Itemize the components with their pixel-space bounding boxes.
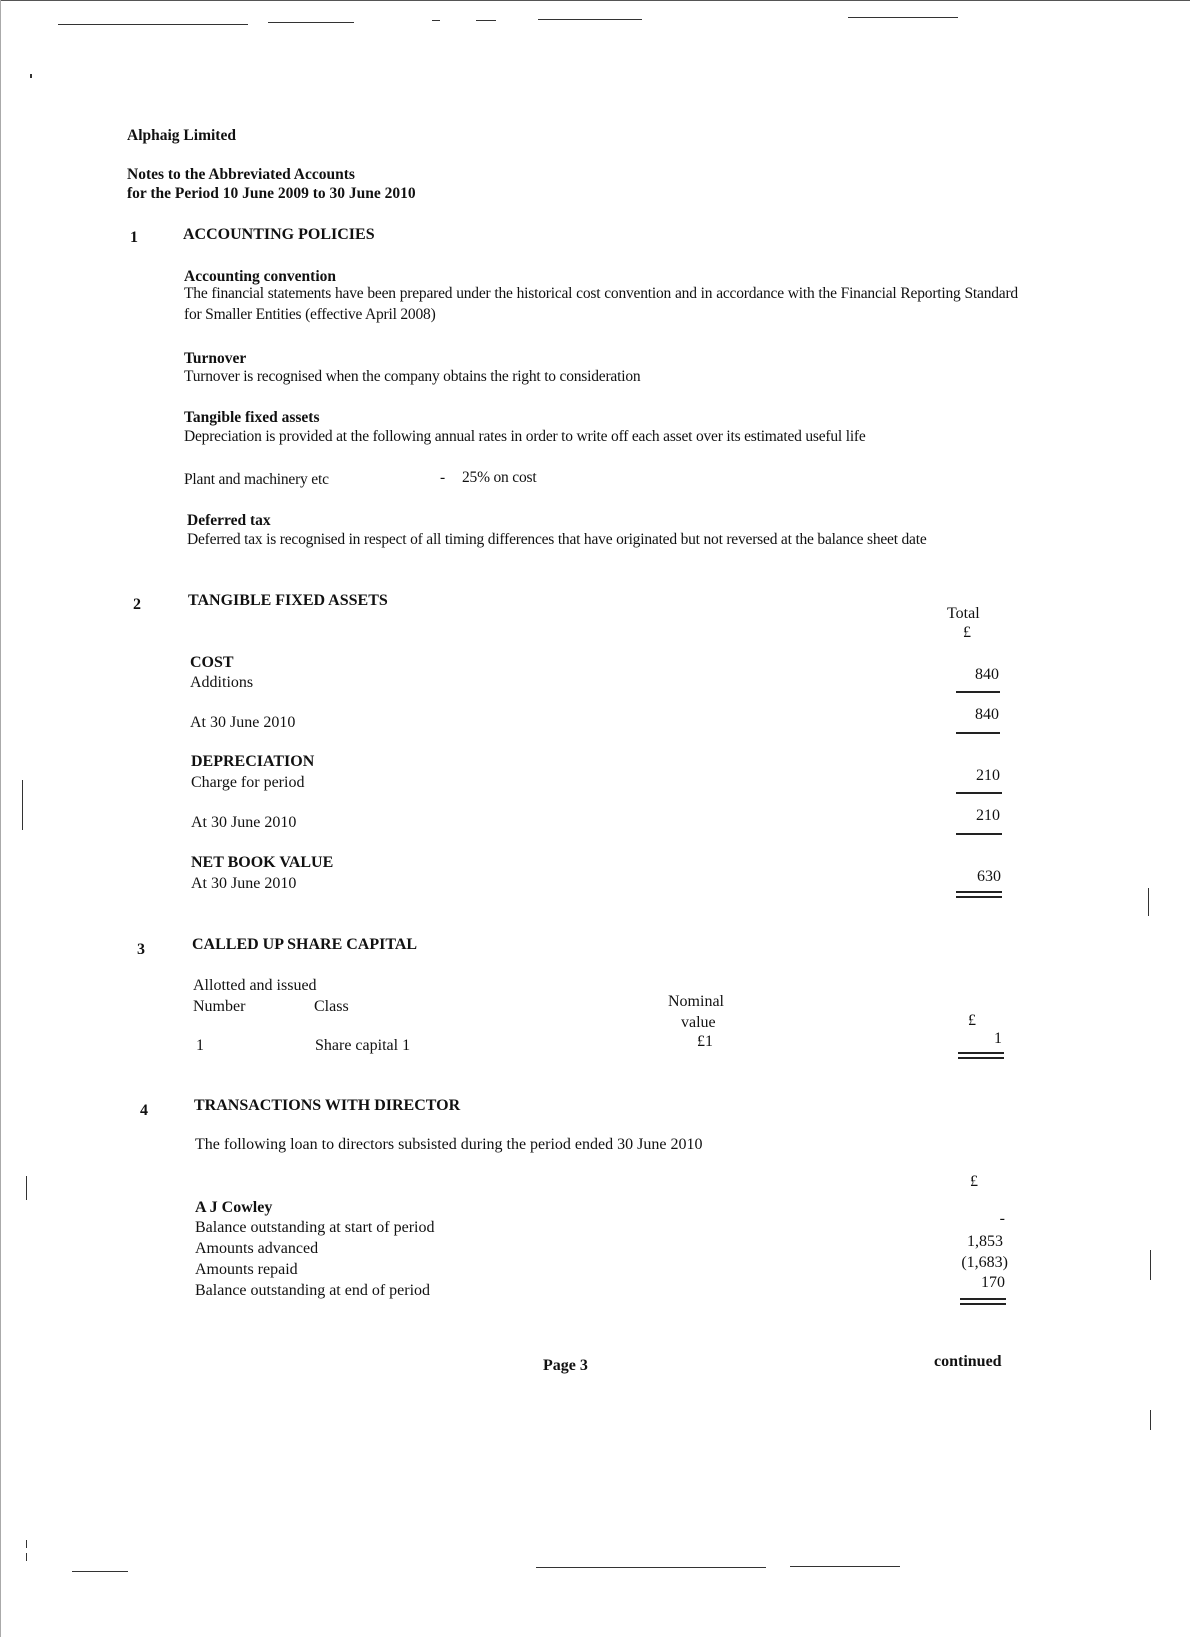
additions-label: Additions: [190, 674, 253, 692]
scan-artifact: [790, 1566, 900, 1567]
section-1-number: 1: [130, 229, 138, 247]
loan-row-value: 1,853: [913, 1233, 1003, 1251]
loan-intro-text: The following loan to directors subsiste…: [195, 1136, 702, 1154]
deferred-tax-heading: Deferred tax: [187, 512, 271, 530]
depreciation-rate-value: 25% on cost: [462, 467, 536, 488]
net-book-value-at-label: At 30 June 2010: [191, 875, 296, 893]
scan-artifact: [536, 1567, 766, 1568]
page-number: Page 3: [543, 1357, 588, 1375]
scan-artifact: [848, 17, 958, 18]
section-4-title: TRANSACTIONS WITH DIRECTOR: [194, 1097, 460, 1115]
scan-artifact: [1150, 1250, 1151, 1280]
loan-row-label: Balance outstanding at start of period: [195, 1219, 434, 1237]
scan-artifact: [1150, 1410, 1151, 1430]
share-number: 1: [196, 1037, 204, 1055]
amount-column-currency: £: [968, 1012, 976, 1030]
share-class: Share capital 1: [315, 1037, 410, 1055]
depreciation-heading: DEPRECIATION: [191, 753, 314, 771]
company-name: Alphaig Limited: [127, 127, 236, 145]
scan-artifact: [26, 1553, 27, 1561]
nominal-column-header-2: value: [681, 1014, 716, 1032]
document-title: Notes to the Abbreviated Accounts: [127, 166, 355, 184]
share-nominal-value: £1: [697, 1033, 713, 1051]
scan-artifact: [26, 1540, 27, 1548]
scan-artifact: [26, 1176, 27, 1200]
continued-label: continued: [934, 1353, 1002, 1371]
scan-artifact: [0, 0, 1190, 1]
section-4-number: 4: [140, 1102, 148, 1120]
charge-label: Charge for period: [191, 774, 304, 792]
number-column-header: Number: [193, 998, 245, 1016]
loan-row-label: Amounts advanced: [195, 1240, 318, 1258]
allotted-issued-heading: Allotted and issued: [193, 977, 317, 995]
loan-row-value: 170: [915, 1274, 1005, 1292]
grand-total-double-rule: [956, 891, 1002, 898]
turnover-text: Turnover is recognised when the company …: [184, 366, 640, 387]
scan-artifact: [1148, 888, 1149, 916]
section-3-title: CALLED UP SHARE CAPITAL: [192, 936, 417, 954]
scan-artifact: [432, 20, 440, 21]
grand-total-double-rule: [960, 1298, 1006, 1305]
scan-artifact: [58, 24, 248, 25]
director-name: A J Cowley: [195, 1199, 272, 1217]
nominal-column-header-1: Nominal: [668, 993, 724, 1011]
loan-row-value: -: [915, 1210, 1005, 1228]
loan-currency-header: £: [970, 1173, 978, 1191]
scan-artifact: [538, 19, 642, 20]
cost-at-label: At 30 June 2010: [190, 714, 295, 732]
scan-artifact: [268, 22, 354, 23]
additions-value: 840: [909, 666, 999, 684]
tangible-fixed-assets-text: Depreciation is provided at the followin…: [184, 426, 866, 447]
depreciation-at-label: At 30 June 2010: [191, 814, 296, 832]
total-rule: [956, 833, 1002, 835]
loan-row-label: Amounts repaid: [195, 1261, 298, 1279]
net-book-value-heading: NET BOOK VALUE: [191, 854, 333, 872]
class-column-header: Class: [314, 998, 349, 1016]
scan-artifact: [22, 780, 23, 830]
total-rule: [956, 732, 1000, 734]
grand-total-double-rule: [958, 1052, 1004, 1059]
charge-value: 210: [910, 767, 1000, 785]
share-amount: 1: [912, 1030, 1002, 1048]
total-column-currency: £: [963, 624, 971, 642]
section-2-number: 2: [133, 596, 141, 614]
scan-artifact: [476, 20, 496, 21]
depreciation-at-value: 210: [910, 807, 1000, 825]
scan-artifact: [30, 74, 32, 78]
net-book-value-at-value: 630: [911, 868, 1001, 886]
subtotal-rule: [956, 792, 1002, 794]
scan-artifact: [72, 1571, 128, 1572]
tangible-fixed-assets-heading: Tangible fixed assets: [184, 409, 320, 427]
depreciation-rate-label: Plant and machinery etc: [184, 469, 329, 490]
loan-row-label: Balance outstanding at end of period: [195, 1282, 430, 1300]
deferred-tax-text: Deferred tax is recognised in respect of…: [187, 529, 1019, 550]
cost-heading: COST: [190, 654, 234, 672]
accounting-convention-text: The financial statements have been prepa…: [184, 283, 1018, 325]
section-3-number: 3: [137, 941, 145, 959]
section-2-title: TANGIBLE FIXED ASSETS: [188, 592, 388, 610]
cost-at-value: 840: [909, 706, 999, 724]
section-1-title: ACCOUNTING POLICIES: [183, 226, 375, 244]
document-period: for the Period 10 June 2009 to 30 June 2…: [127, 185, 416, 203]
subtotal-rule: [956, 691, 1000, 693]
scan-artifact: [0, 0, 1, 1637]
total-column-header: Total: [947, 605, 980, 623]
loan-row-value: (1,683): [918, 1254, 1008, 1272]
depreciation-rate-dash: -: [440, 467, 445, 488]
